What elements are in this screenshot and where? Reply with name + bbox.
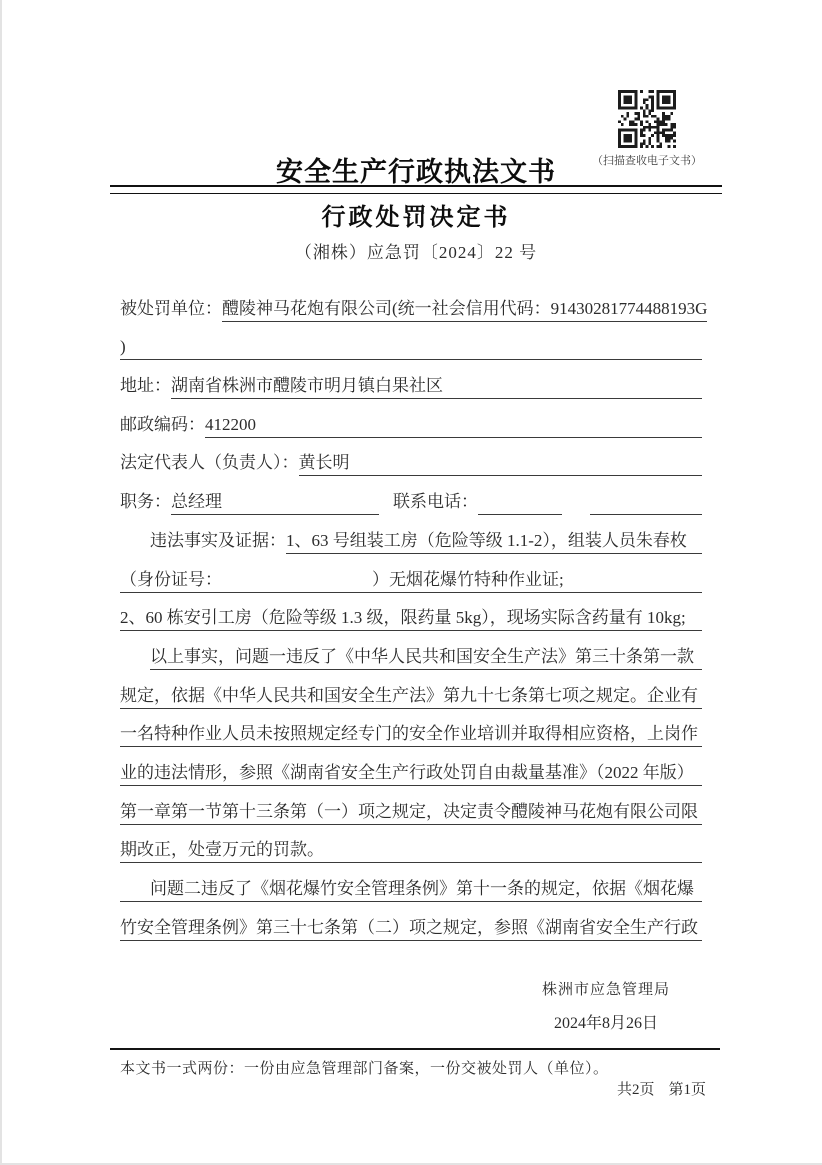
field-facts-line3: 2、60 栋安引工房（危险等级 1.3 级，限药量 5kg），现场实际含药量有 …: [120, 593, 702, 632]
field-postcode: 邮政编码：412200: [120, 399, 702, 438]
facts-line3-text: 2、60 栋安引工房（危险等级 1.3 级，限药量 5kg），现场实际含药量有 …: [120, 603, 702, 631]
paragraph2-text: 竹安全管理条例》第三十七条第（二）项之规定，参照《湖南省安全生产行政: [120, 913, 702, 941]
paragraph1-text: 一名特种作业人员未按照规定经专门的安全作业培训并取得相应资格，上岗作: [120, 719, 702, 747]
issuing-agency: 株洲市应急管理局: [500, 978, 712, 999]
qr-code: [616, 90, 678, 148]
paragraph1-line4: 业的违法情形，参照《湖南省安全生产行政处罚自由裁量基准》（2022 年版）: [120, 747, 702, 786]
issue-date: 2024年8月26日: [500, 1010, 712, 1033]
paragraph1-text: 业的违法情形，参照《湖南省安全生产行政处罚自由裁量基准》（2022 年版）: [120, 758, 702, 786]
page-title: 行政处罚决定书: [110, 197, 722, 232]
phone-blank-2: [590, 512, 702, 515]
field-facts-line2: （身份证号：）无烟花爆竹特种作业证;: [120, 554, 702, 593]
qr-code-icon: [616, 90, 678, 148]
field-address: 地址：湖南省株洲市醴陵市明月镇白果社区: [120, 360, 702, 399]
document-page: （扫描查收电子文书） 安全生产行政执法文书 行政处罚决定书 （湘株）应急罚〔20…: [0, 0, 822, 1165]
position-value: 总经理: [171, 487, 379, 515]
address-label: 地址：: [120, 371, 171, 399]
address-value: 湖南省株洲市醴陵市明月镇白果社区: [171, 371, 702, 399]
paragraph2-line2: 竹安全管理条例》第三十七条第（二）项之规定，参照《湖南省安全生产行政: [120, 902, 702, 941]
field-position-phone: 职务：总经理联系电话：: [120, 476, 702, 515]
document-body: 被处罚单位：醴陵神马花炮有限公司(统一社会信用代码：91430281774488…: [120, 283, 702, 941]
id-number-suffix: ）无烟花爆竹特种作业证;: [372, 565, 702, 593]
penalized-unit-value: 醴陵神马花炮有限公司(统一社会信用代码：91430281774488193G: [222, 294, 707, 322]
page-indicator: 共2页第1页: [120, 1078, 706, 1099]
field-facts: 违法事实及证据：1、63 号组装工房（危险等级 1.1-2），组装人员朱春枚: [120, 515, 702, 554]
penalized-unit-continuation: ): [120, 337, 702, 360]
position-label: 职务：: [120, 487, 171, 515]
id-number-prefix: （身份证号：: [120, 565, 222, 593]
title-divider: [110, 185, 722, 194]
penalized-unit-label: 被处罚单位：: [120, 294, 222, 322]
field-legal-representative: 法定代表人（负责人）：黄长明: [120, 438, 702, 477]
field-penalized-unit: 被处罚单位：醴陵神马花炮有限公司(统一社会信用代码：91430281774488…: [120, 283, 702, 322]
doc-type-title: 安全生产行政执法文书: [110, 150, 722, 189]
phone-blank-1: [478, 512, 562, 515]
legal-rep-value: 黄长明: [299, 448, 703, 476]
page-current: 第1页: [668, 1082, 706, 1098]
paragraph1-line1: 以上事实，问题一违反了《中华人民共和国安全生产法》第三十条第一款: [120, 631, 702, 670]
paragraph1-text: 以上事实，问题一违反了《中华人民共和国安全生产法》第三十条第一款: [150, 642, 702, 670]
paragraph1-line5: 第一章第一节第十三条第（一）项之规定，决定责令醴陵神马花炮有限公司限: [120, 786, 702, 825]
postcode-label: 邮政编码：: [120, 410, 205, 438]
paragraph1-text: 第一章第一节第十三条第（一）项之规定，决定责令醴陵神马花炮有限公司限: [120, 797, 702, 825]
paragraph1-line6: 期改正，处壹万元的罚款。: [120, 825, 702, 864]
pages-total: 共2页: [617, 1082, 655, 1098]
id-number-blank: [222, 590, 372, 593]
paragraph2-line1: 问题二违反了《烟花爆竹安全管理条例》第十一条的规定，依据《烟花爆: [120, 863, 702, 902]
footer-note: 本文书一式两份：一份由应急管理部门备案，一份交被处罚人（单位）。: [120, 1057, 712, 1078]
facts-value: 1、63 号组装工房（危险等级 1.1-2），组装人员朱春枚: [286, 526, 702, 554]
legal-rep-label: 法定代表人（负责人）：: [120, 448, 299, 476]
doc-number: （湘株）应急罚〔2024〕22 号: [110, 238, 722, 263]
paragraph1-line3: 一名特种作业人员未按照规定经专门的安全作业培训并取得相应资格，上岗作: [120, 709, 702, 748]
postcode-value: 412200: [205, 415, 702, 438]
paragraph1-text: 规定，依据《中华人民共和国安全生产法》第九十七条第七项之规定。企业有: [120, 681, 702, 709]
paragraph1-text: 期改正，处壹万元的罚款。: [120, 835, 702, 863]
facts-label: 违法事实及证据：: [150, 526, 286, 554]
footer-divider: [110, 1048, 720, 1050]
field-penalized-unit-continuation: ): [120, 322, 702, 361]
paragraph1-line2: 规定，依据《中华人民共和国安全生产法》第九十七条第七项之规定。企业有: [120, 670, 702, 709]
phone-label: 联系电话：: [393, 487, 478, 515]
paragraph2-text: 问题二违反了《烟花爆竹安全管理条例》第十一条的规定，依据《烟花爆: [120, 874, 702, 902]
